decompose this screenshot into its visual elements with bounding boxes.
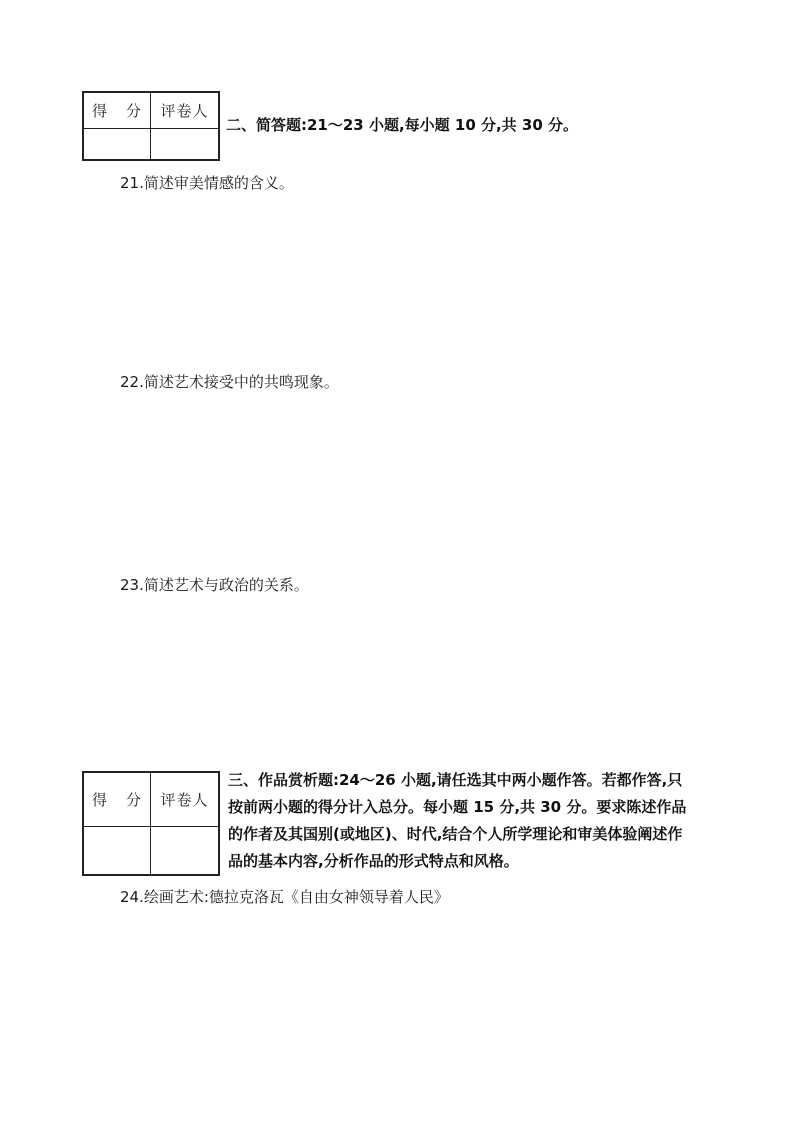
question-22: 22.简述艺术接受中的共鸣现象。 xyxy=(120,371,339,392)
score-header-left: 得 xyxy=(92,100,108,121)
answer-area-21[interactable] xyxy=(80,200,760,360)
section-3-heading-line-3: 的作者及其国别(或地区)、时代,结合个人所学理论和审美体验阐述作 xyxy=(228,821,686,848)
grader-value-cell[interactable] xyxy=(151,129,218,159)
score-value-cell[interactable] xyxy=(84,827,151,874)
question-23-text: 23.简述艺术与政治的关系。 xyxy=(120,576,309,594)
section-3-heading-line-4: 品的基本内容,分析作品的形式特点和风格。 xyxy=(228,848,686,875)
question-24: 24.绘画艺术:德拉克洛瓦《自由女神领导着人民》 xyxy=(120,886,449,907)
answer-area-24[interactable] xyxy=(80,915,760,1135)
section-3-heading-line-2: 按前两小题的得分计入总分。每小题 15 分,共 30 分。要求陈述作品 xyxy=(228,794,686,821)
score-table-section-3: 得分 评卷人 xyxy=(82,771,220,876)
question-23: 23.简述艺术与政治的关系。 xyxy=(120,574,309,595)
section-3-heading-line-1: 三、作品赏析题:24～26 小题,请任选其中两小题作答。若都作答,只 xyxy=(228,767,686,794)
score-value-cell[interactable] xyxy=(84,129,151,159)
question-22-text: 22.简述艺术接受中的共鸣现象。 xyxy=(120,373,339,391)
score-header-right: 分 xyxy=(126,100,142,121)
score-header-right: 分 xyxy=(126,789,142,810)
grader-header-cell: 评卷人 xyxy=(151,93,218,129)
score-table-section-2: 得分 评卷人 xyxy=(82,91,220,161)
grader-header-label: 评卷人 xyxy=(160,100,208,121)
section-2-heading-text: 二、简答题:21～23 小题,每小题 10 分,共 30 分。 xyxy=(226,112,578,139)
grader-header-cell: 评卷人 xyxy=(151,773,218,827)
grader-header-label: 评卷人 xyxy=(160,789,208,810)
score-header-cell: 得分 xyxy=(84,773,151,827)
section-2-heading: 二、简答题:21～23 小题,每小题 10 分,共 30 分。 xyxy=(226,112,578,139)
answer-area-22[interactable] xyxy=(80,400,760,565)
question-24-text: 24.绘画艺术:德拉克洛瓦《自由女神领导着人民》 xyxy=(120,888,449,906)
grader-value-cell[interactable] xyxy=(151,827,218,874)
score-header-left: 得 xyxy=(92,789,108,810)
section-3-heading: 三、作品赏析题:24～26 小题,请任选其中两小题作答。若都作答,只 按前两小题… xyxy=(228,767,686,875)
question-21: 21.简述审美情感的含义。 xyxy=(120,172,294,193)
score-header-cell: 得分 xyxy=(84,93,151,129)
question-21-text: 21.简述审美情感的含义。 xyxy=(120,174,294,192)
answer-area-23[interactable] xyxy=(80,602,760,762)
exam-page: 得分 评卷人 二、简答题:21～23 小题,每小题 10 分,共 30 分。 2… xyxy=(0,0,800,1145)
